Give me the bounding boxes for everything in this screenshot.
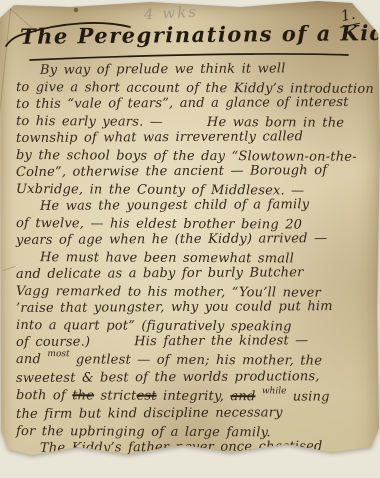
handwriting-text: township of what was irreverently called bbox=[16, 129, 303, 146]
handwriting-text: ’raise that youngster, why you could put… bbox=[16, 299, 333, 316]
handwriting-text: the firm but kind discipline necessary bbox=[16, 405, 283, 422]
handwriting-text: gentlest — of men; his mother, the bbox=[70, 352, 323, 368]
manuscript-line: years of age when he (the Kiddy) arrived… bbox=[16, 230, 378, 249]
handwriting-text: sweetest & best of the worlds production… bbox=[16, 369, 320, 386]
struck-word: and bbox=[230, 389, 255, 404]
handwriting-text: both of bbox=[16, 388, 72, 403]
crease-line bbox=[0, 0, 12, 131]
struck-word: est bbox=[136, 389, 156, 404]
manuscript-lines: By way of prelude we think it wellto giv… bbox=[16, 62, 378, 457]
manuscript-line: ’raise that youngster, why you could put… bbox=[16, 298, 378, 317]
manuscript-line: of course.)His father the kindest — bbox=[16, 332, 378, 351]
manuscript-page: 4 wks 1. The Peregrinations of a Kiddy B… bbox=[0, 0, 380, 478]
ink-dot bbox=[74, 8, 78, 12]
crease-line bbox=[2, 266, 15, 272]
struck-word: the bbox=[72, 388, 94, 403]
manuscript-line: Colne”, otherwise the ancient — Borough … bbox=[16, 162, 378, 181]
manuscript-line: the firm but kind discipline necessary bbox=[16, 404, 378, 423]
manuscript-line: The Kiddy’s father never once chastised bbox=[16, 438, 378, 457]
handwriting-text: Colne”, otherwise the ancient — Borough … bbox=[16, 163, 327, 180]
manuscript-line: sweetest & best of the worlds production… bbox=[16, 368, 378, 387]
manuscript-line: to this “vale of tears”, and a glance of… bbox=[16, 94, 378, 113]
handwriting-text: By way of prelude we think it well bbox=[40, 61, 286, 78]
handwriting-text: years of age when he (the Kiddy) arrived… bbox=[16, 231, 327, 248]
pencil-annotation: 4 wks bbox=[144, 3, 199, 24]
handwriting-text: strict bbox=[94, 388, 136, 403]
manuscript-line: By way of prelude we think it well bbox=[16, 60, 378, 79]
paper-sheet: 4 wks 1. The Peregrinations of a Kiddy B… bbox=[0, 0, 380, 478]
handwriting-text: The Kiddy’s father never once chastised bbox=[40, 439, 323, 456]
handwriting-text: to this “vale of tears”, and a glance of… bbox=[16, 95, 349, 112]
handwriting-text: integrity, bbox=[157, 389, 231, 404]
handwriting-text: of course.) bbox=[16, 335, 90, 350]
handwriting-text bbox=[255, 389, 261, 404]
handwriting-text: He was the youngest child of a family bbox=[40, 197, 309, 214]
page-title: The Peregrinations of a Kiddy bbox=[20, 20, 370, 49]
inserted-word: while bbox=[262, 386, 287, 396]
handwriting-text: and delicate as a baby for burly Butcher bbox=[16, 265, 304, 282]
handwriting-text: His father the kindest — bbox=[134, 333, 308, 349]
handwriting-text: to his early years. — bbox=[16, 114, 163, 130]
title-underline bbox=[30, 54, 348, 60]
handwriting-text: and bbox=[16, 352, 47, 367]
inserted-word: most bbox=[47, 349, 69, 359]
manuscript-line: and delicate as a baby for burly Butcher bbox=[16, 264, 378, 283]
manuscript-line: township of what was irreverently called bbox=[16, 128, 378, 147]
handwriting-text: using bbox=[286, 389, 329, 404]
manuscript-line: He was the youngest child of a family bbox=[16, 196, 378, 215]
